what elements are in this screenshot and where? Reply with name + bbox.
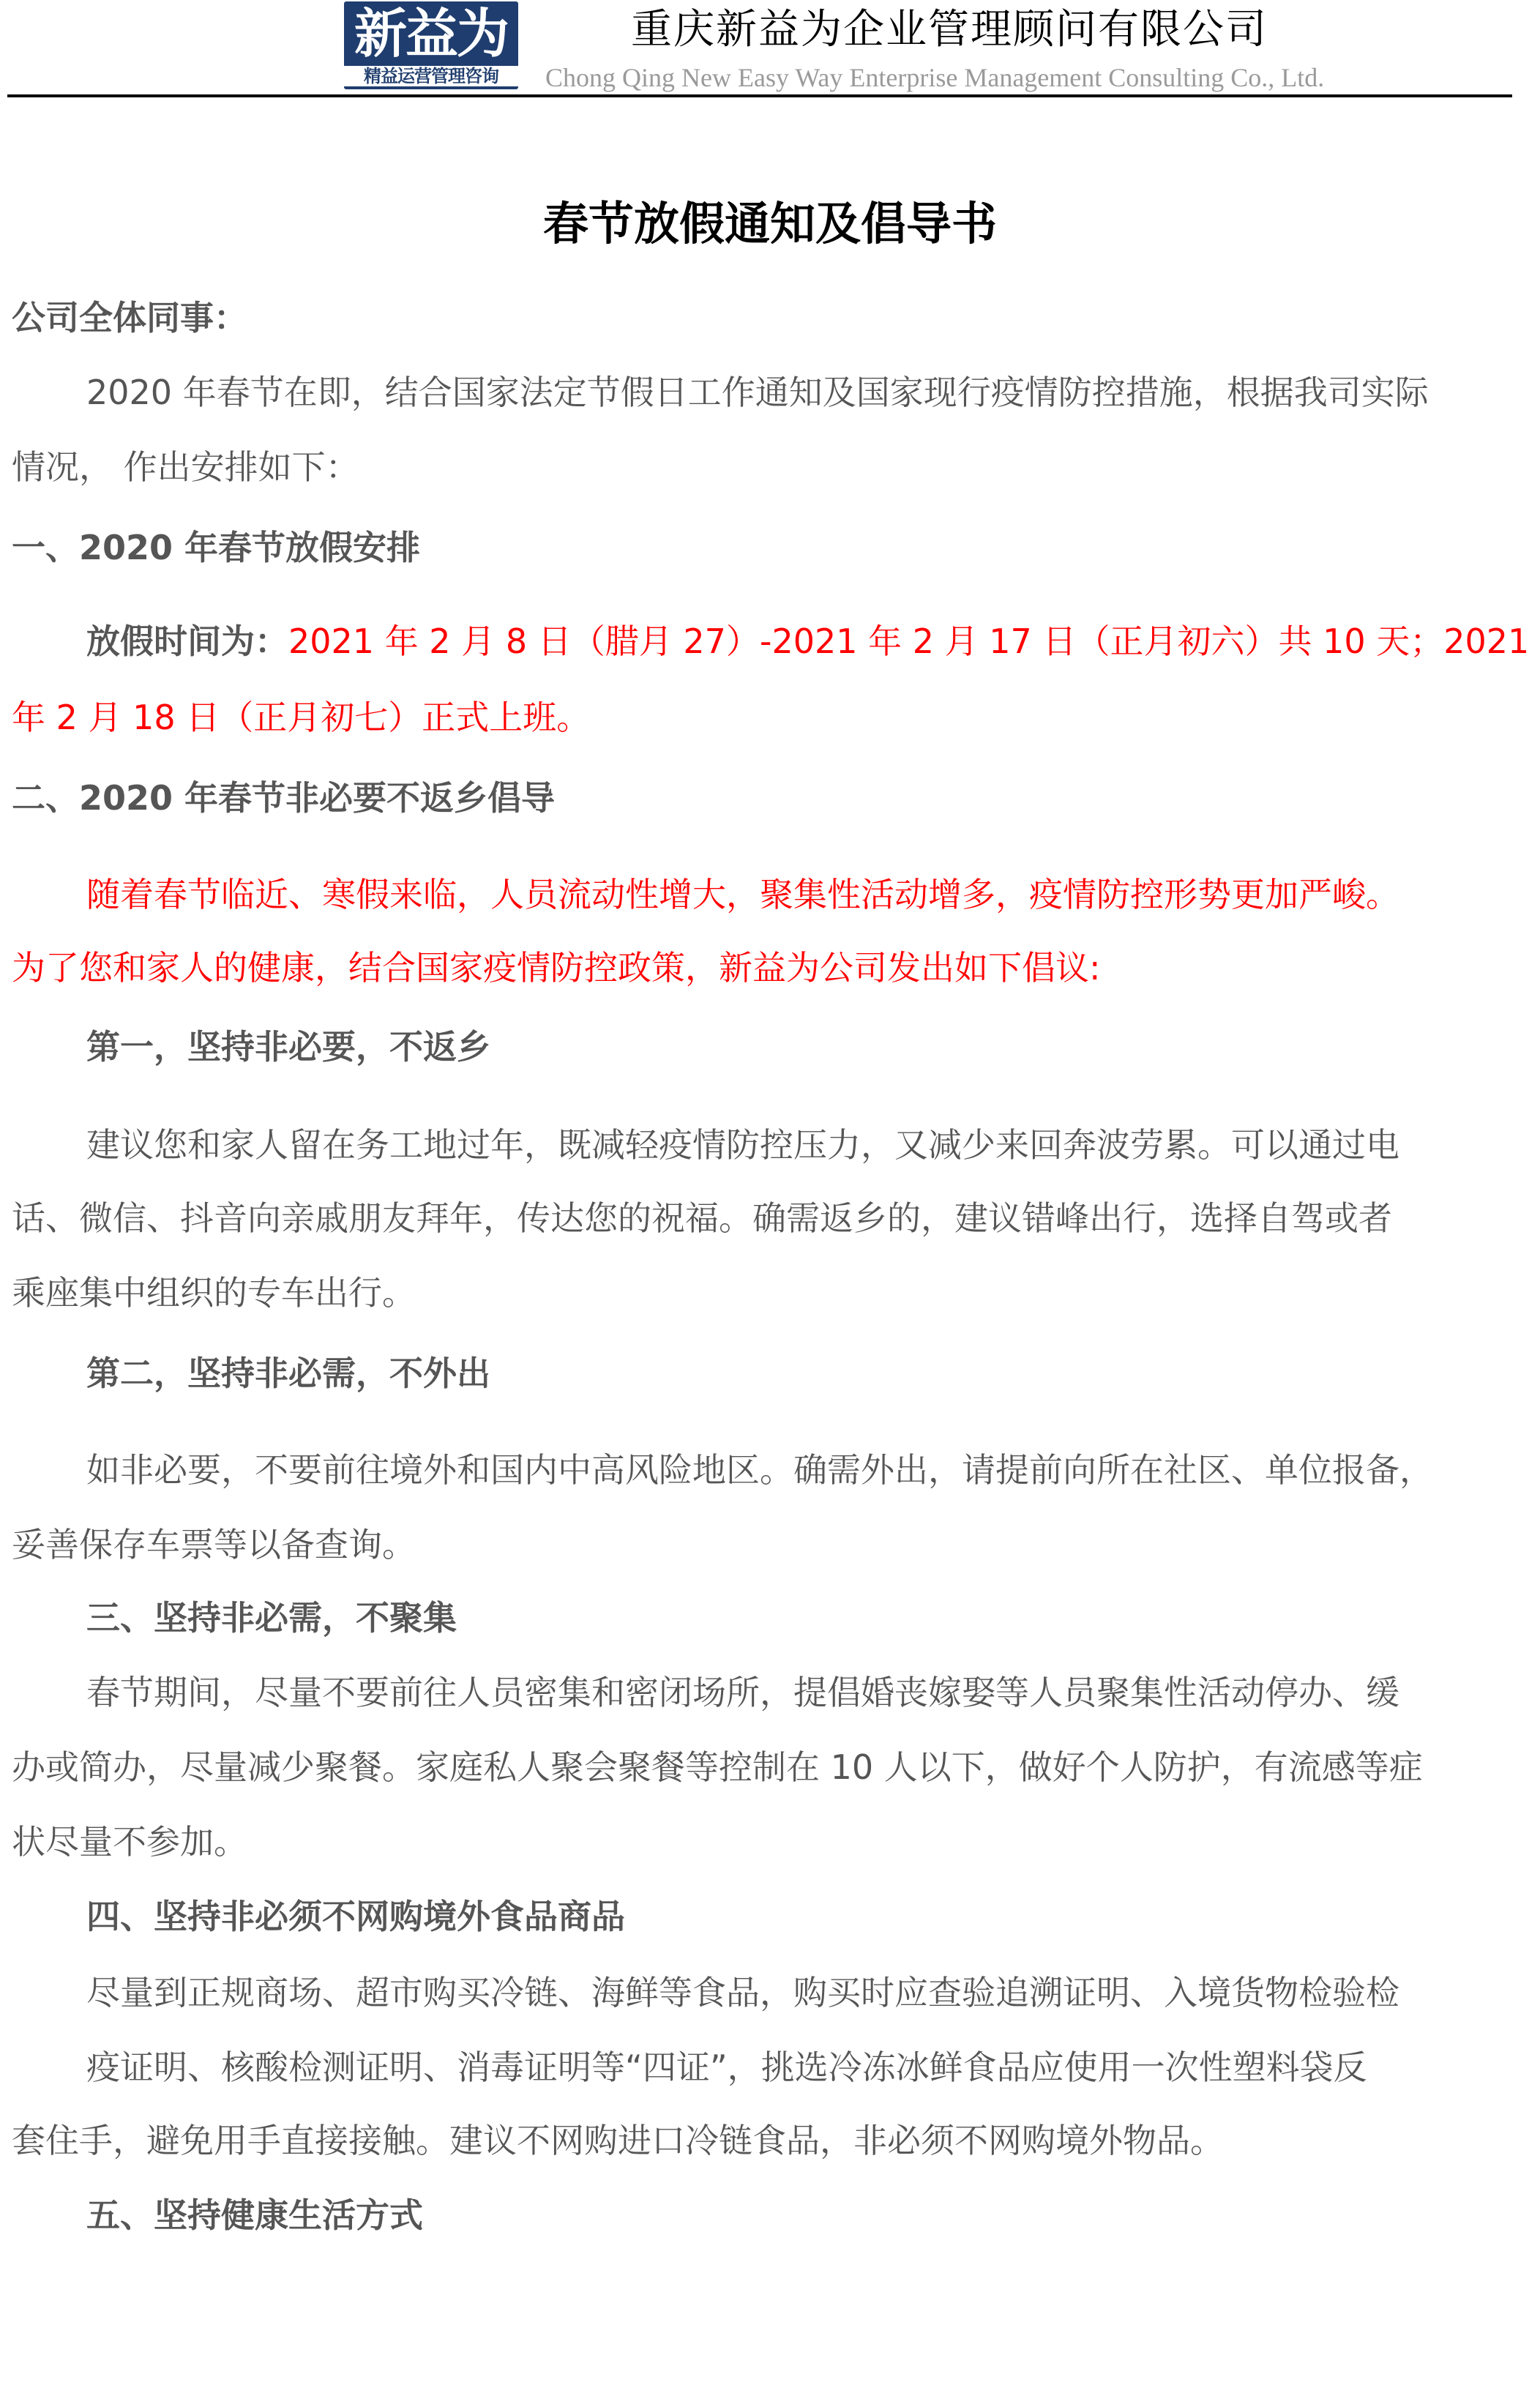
item-4-line-2: 疫证明、核酸检测证明、消毒证明等“四证”，挑选冷冻冰鲜食品应使用一次性塑料袋反	[86, 2045, 1518, 2089]
section-2-intro-line-2: 为了您和家人的健康，结合国家疫情防控政策，新益为公司发出如下倡议:	[12, 946, 1518, 990]
salutation: 公司全体同事：	[12, 296, 1518, 340]
item-4-line-1: 尽量到正规商场、超市购买冷链、海鲜等食品，购买时应查验追溯证明、入境货物检验检	[86, 1971, 1518, 2015]
logo-tagline: 精益运营管理咨询	[344, 66, 518, 86]
company-name-english: Chong Qing New Easy Way Enterprise Manag…	[545, 61, 1324, 94]
holiday-period-line-2: 年 2 月 18 日（正月初七）正式上班。	[12, 695, 1518, 739]
item-2-line-1: 如非必要，不要前往境外和国内中高风险地区。确需外出，请提前向所在社区、单位报备，	[86, 1448, 1518, 1492]
item-2-heading: 第二，坚持非必需，不外出	[86, 1351, 1518, 1395]
intro-line-1: 2020 年春节在即，结合国家法定节假日工作通知及国家现行疫情防控措施，根据我司…	[86, 370, 1518, 414]
item-3-heading: 三、坚持非必需，不聚集	[86, 1596, 1518, 1640]
item-1-line-2: 话、微信、抖音向亲戚朋友拜年，传达您的祝福。确需返乡的，建议错峰出行，选择自驾或…	[12, 1196, 1518, 1240]
holiday-period-line-1: 放假时间为：2021 年 2 月 8 日（腊月 27）-2021 年 2 月 1…	[86, 619, 1518, 663]
section-2-intro-line-1: 随着春节临近、寒假来临，人员流动性增大，聚集性活动增多，疫情防控形势更加严峻。	[86, 873, 1518, 917]
logo-wordmark: 新益为	[344, 3, 518, 64]
item-3-line-3: 状尽量不参加。	[12, 1820, 1518, 1864]
item-1-heading: 第一，坚持非必要，不返乡	[86, 1025, 1518, 1069]
section-1-heading: 一、2020 年春节放假安排	[12, 526, 1518, 570]
item-3-line-2: 办或简办，尽量减少聚餐。家庭私人聚会聚餐等控制在 10 人以下，做好个人防护，有…	[12, 1745, 1518, 1789]
item-5-heading: 五、坚持健康生活方式	[86, 2193, 1518, 2237]
company-name-chinese: 重庆新益为企业管理顾问有限公司	[631, 4, 1268, 56]
item-1-line-1: 建议您和家人留在务工地过年，既减轻疫情防控压力，又减少来回奔波劳累。可以通过电	[86, 1123, 1518, 1167]
item-1-line-3: 乘座集中组织的专车出行。	[12, 1271, 1518, 1315]
item-4-heading: 四、坚持非必须不网购境外食品商品	[86, 1895, 1518, 1938]
holiday-period-label: 放假时间为：	[86, 622, 288, 661]
header-divider	[7, 94, 1512, 97]
holiday-period-dates: 2021 年 2 月 8 日（腊月 27）-2021 年 2 月 17 日（正月…	[288, 622, 1529, 661]
item-2-line-2: 妥善保存车票等以备查询。	[12, 1523, 1518, 1567]
intro-line-2: 情况， 作出安排如下：	[12, 445, 1518, 489]
document-title: 春节放假通知及倡导书	[0, 195, 1540, 253]
item-4-line-3: 套住手，避免用手直接接触。建议不网购进口冷链食品，非必须不网购境外物品。	[12, 2119, 1518, 2162]
section-2-heading: 二、2020 年春节非必要不返乡倡导	[12, 776, 1518, 820]
item-3-line-1: 春节期间，尽量不要前往人员密集和密闭场所，提倡婚丧嫁娶等人员聚集性活动停办、缓	[86, 1671, 1518, 1714]
company-logo: 新益为 精益运营管理咨询	[344, 1, 518, 89]
